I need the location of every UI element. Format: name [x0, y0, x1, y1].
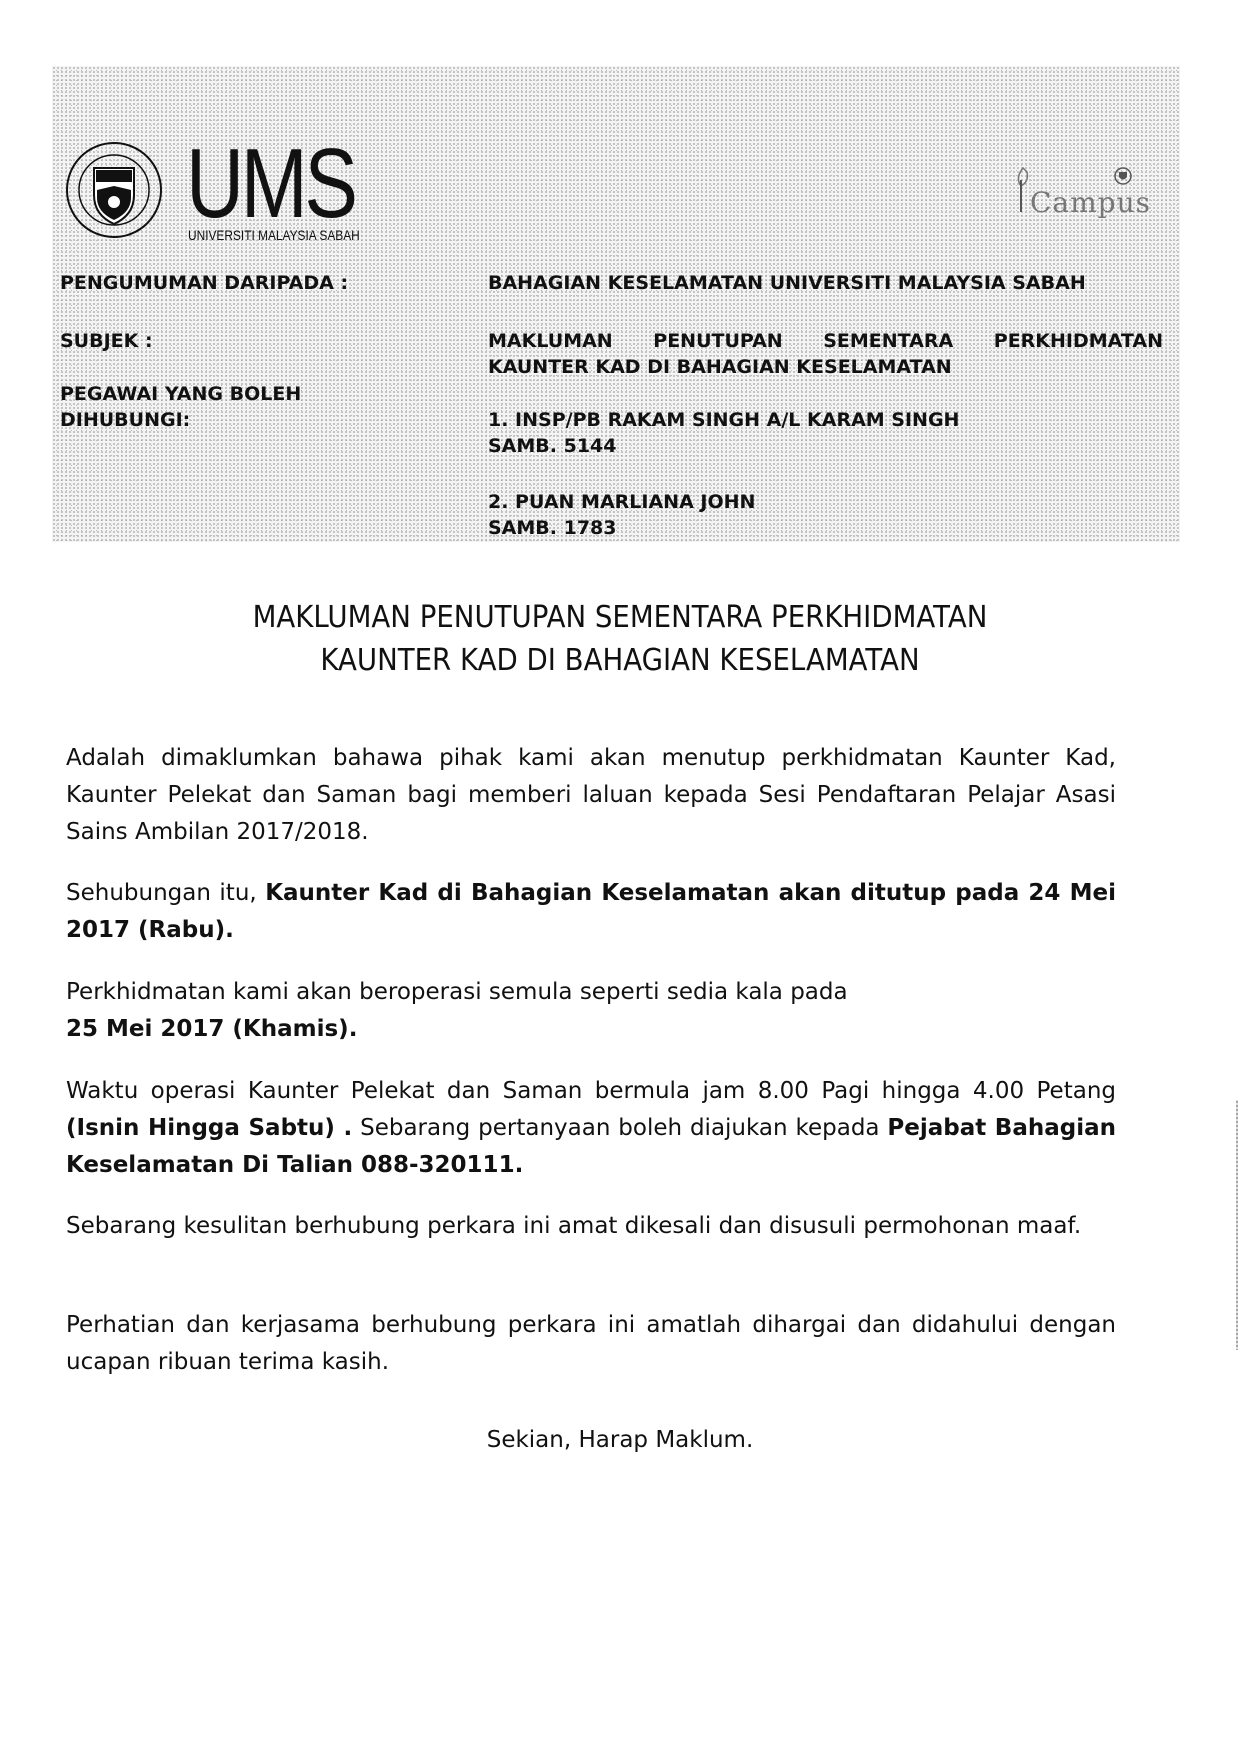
contact-2-name: 2. PUAN MARLIANA JOHN: [488, 489, 1163, 515]
enquiry-text: Sebarang pertanyaan boleh diajukan kepad…: [352, 1115, 887, 1141]
university-crest-icon: [64, 140, 164, 240]
document-title: MAKLUMAN PENUTUPAN SEMENTARA PERKHIDMATA…: [105, 596, 1135, 682]
contact-1-ext: SAMB. 5144: [488, 433, 1163, 459]
title-line2: KAUNTER KAD DI BAHAGIAN KESELAMATAN: [105, 639, 1135, 682]
paragraph-thanks: Perhatian dan kerjasama berhubung perkar…: [66, 1307, 1116, 1381]
brand-subtitle: UNIVERSITI MALAYSIA SABAH: [188, 227, 360, 243]
paragraph-apology: Sebarang kesulitan berhubung perkara ini…: [66, 1208, 1116, 1245]
subject-value-line1: MAKLUMAN PENUTUPAN SEMENTARA PERKHIDMATA…: [488, 328, 1163, 354]
hours-days: (Isnin Hingga Sabtu) .: [66, 1115, 352, 1141]
paragraph-operating-hours: Waktu operasi Kaunter Pelekat dan Saman …: [66, 1073, 1116, 1184]
paragraph-reopen-date: Perkhidmatan kami akan beroperasi semula…: [66, 974, 1116, 1048]
reopen-text: Perkhidmatan kami akan beroperasi semula…: [66, 974, 1116, 1011]
subject-label: SUBJEK :: [60, 328, 153, 354]
subject-value-line2: KAUNTER KAD DI BAHAGIAN KESELAMATAN: [488, 354, 1163, 380]
contact-2-ext: SAMB. 1783: [488, 515, 1163, 541]
scan-margin-artifact: [1236, 1100, 1238, 1350]
contact-label-line2: DIHUBUNGI:: [60, 407, 190, 433]
campus-wordmark: Campus: [1030, 186, 1151, 219]
from-value: BAHAGIAN KESELAMATAN UNIVERSITI MALAYSIA…: [488, 270, 1163, 296]
from-label: PENGUMUMAN DARIPADA :: [60, 270, 348, 296]
contact-1-name: 1. INSP/PB RAKAM SINGH A/L KARAM SINGH: [488, 407, 1163, 433]
title-line1: MAKLUMAN PENUTUPAN SEMENTARA PERKHIDMATA…: [105, 596, 1135, 639]
reopen-highlight: 25 Mei 2017 (Khamis).: [66, 1016, 357, 1042]
paragraph-closure-date: Sehubungan itu, Kaunter Kad di Bahagian …: [66, 875, 1116, 949]
paragraph-intro: Adalah dimaklumkan bahawa pihak kami aka…: [66, 740, 1116, 851]
hours-text: Waktu operasi Kaunter Pelekat dan Saman …: [66, 1078, 1116, 1104]
contact-label-line1: PEGAWAI YANG BOLEH: [60, 381, 301, 407]
closing-remark: Sekian, Harap Maklum.: [60, 1427, 1180, 1453]
brand-wordmark: UMS: [186, 134, 355, 232]
closure-text: Sehubungan itu,: [66, 880, 265, 906]
